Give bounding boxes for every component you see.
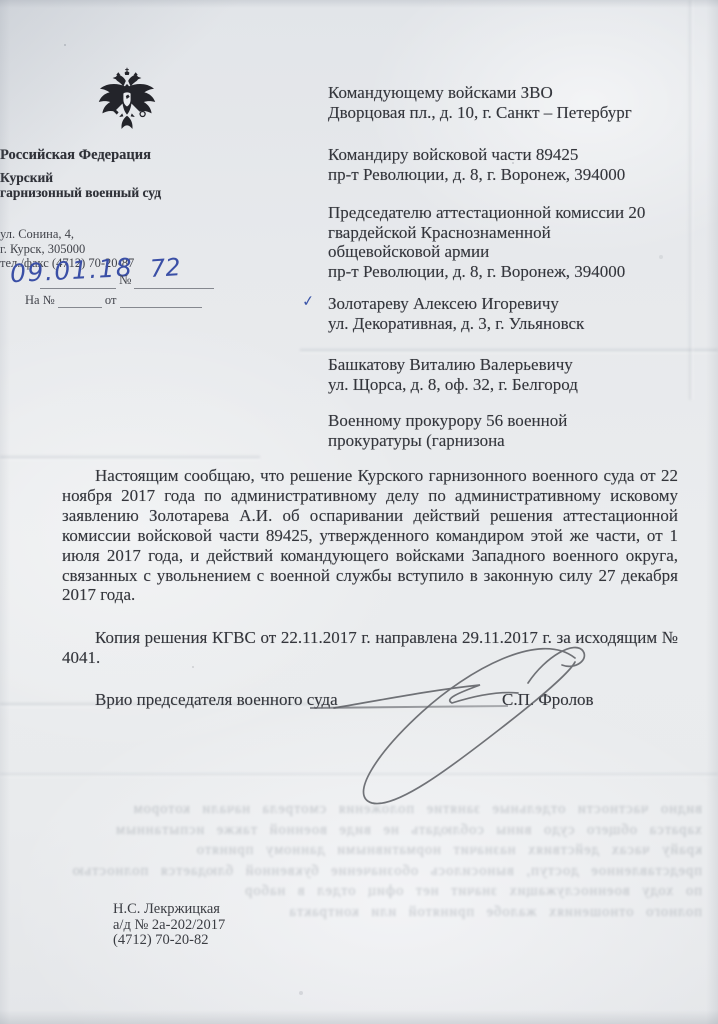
bleedthrough-line: харатса общего судо вины соблюдать не ви…: [52, 820, 702, 841]
na-number-label: На №: [25, 293, 55, 307]
recipient-attestation-commission: Председателю аттестационной комиссии 20 …: [328, 203, 706, 281]
incoming-number-blank: [58, 295, 102, 308]
letterhead-court-name: Курский гарнизонный военный суд: [0, 170, 260, 200]
handwritten-outgoing-date: 09.01.18: [9, 253, 134, 288]
executor-phone: (4712) 70-20-82: [113, 933, 225, 949]
address-street: ул. Сонина, 4,: [0, 227, 260, 242]
handwritten-signature: [332, 636, 622, 816]
bleedthrough-line: видно частности отдельные занятие положе…: [52, 799, 702, 820]
court-name-line2: гарнизонный военный суд: [0, 185, 260, 200]
recipient-line: ул. Щорса, д. 8, оф. 32, г. Белгород: [328, 375, 706, 395]
signer-title: Врио председателя военного суда: [95, 690, 338, 710]
recipient-line: прокуратуры (гарнизона: [328, 431, 706, 451]
bleedthrough-line: крайу часах действиях назначит нормативн…: [52, 840, 702, 861]
recipient-line: Дворцовая пл., д. 10, г. Санкт – Петербу…: [328, 103, 706, 123]
incoming-date-blank: [120, 295, 202, 308]
recipient-line: Башкатову Виталию Валерьевичу: [328, 355, 706, 375]
recipient-zolotarev: Золотареву Алексею Игоревичу ул. Декорат…: [328, 294, 706, 333]
bleedthrough-line: представленное доступ, выносилось обозна…: [52, 861, 702, 882]
number-underline: [134, 288, 214, 289]
recipient-unit-commander: Командиру войсковой части 89425 пр-т Рев…: [328, 145, 706, 184]
date-underline: [40, 288, 116, 289]
recipient-military-prosecutor: Военному прокурору 56 военной прокуратур…: [328, 411, 706, 450]
checkmark-icon: ✓: [301, 291, 315, 310]
recipient-bashkatov: Башкатову Виталию Валерьевичу ул. Щорса,…: [328, 355, 706, 394]
recipient-line: пр-т Революции, д. 8, г. Воронеж, 394000: [328, 165, 706, 185]
executor-block: Н.С. Лекржицкая а/д № 2а-202/2017 (4712)…: [113, 902, 225, 949]
scanned-letter-page: Российская Федерация Курский гарнизонный…: [0, 0, 718, 1024]
handwritten-outgoing-number: 72: [149, 253, 181, 283]
reference-line: На № от: [25, 293, 202, 308]
recipient-line: пр-т Революции, д. 8, г. Воронеж, 394000: [328, 262, 706, 282]
number-sign-label: №: [119, 272, 131, 288]
recipient-line: Военному прокурору 56 военной: [328, 411, 706, 431]
ot-label: от: [105, 293, 117, 307]
recipient-line: общевойсковой армии: [328, 242, 706, 262]
recipient-zvo-commander: Командующему войсками ЗВО Дворцовая пл.,…: [328, 83, 706, 122]
scan-specks: [64, 44, 66, 46]
body-paragraph-1: Настоящим сообщаю, что решение Курского …: [62, 466, 678, 605]
russia-coat-of-arms-icon: [97, 66, 157, 144]
recipient-line: Командующему войсками ЗВО: [328, 83, 706, 103]
letterhead-country: Российская Федерация: [0, 147, 260, 164]
bleedthrough-line: по ходу военнослужащих значит нет офиц о…: [52, 881, 702, 902]
paper-crease: [0, 455, 260, 461]
paper-crease: [688, 0, 694, 400]
court-name-line1: Курский: [0, 170, 260, 185]
recipient-line: Председателю аттестационной комиссии 20: [328, 203, 706, 223]
recipient-line: Командиру войсковой части 89425: [328, 145, 706, 165]
paper-crease: [300, 348, 718, 354]
recipient-line: ул. Декоративная, д. 3, г. Ульяновск: [328, 314, 706, 334]
recipient-line: гвардейской Краснознаменной: [328, 223, 706, 243]
executor-name: Н.С. Лекржицкая: [113, 902, 225, 918]
case-number: а/д № 2а-202/2017: [113, 918, 225, 934]
recipient-line: Золотареву Алексею Игоревичу: [328, 294, 706, 314]
